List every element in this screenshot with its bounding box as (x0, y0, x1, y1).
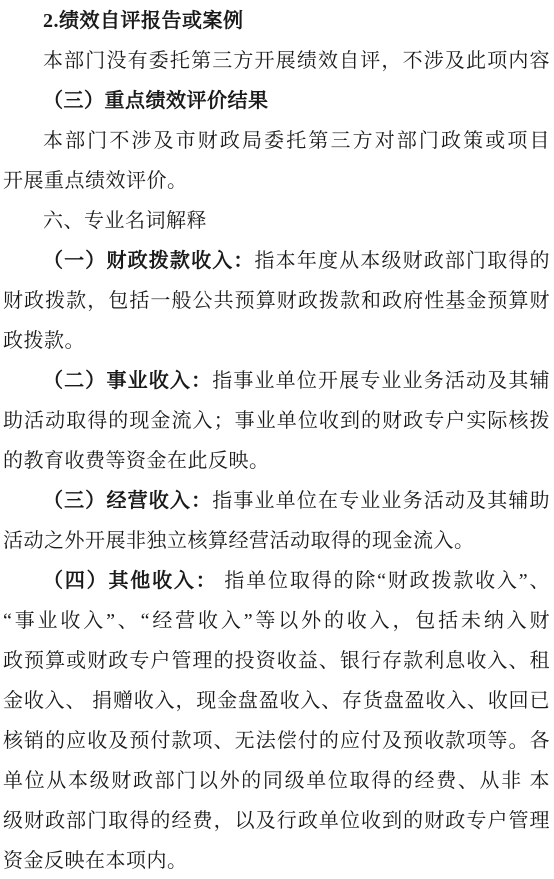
text-run: 指本年度从本级财政部门取得的 (255, 250, 550, 272)
bold-text-run: （二）事业收入： (43, 370, 212, 392)
text-line: 政拨款。 (3, 321, 550, 361)
text-run: 级财政部门取得的经费，以及行政单位收到的财政专户管理 (3, 810, 550, 832)
document-viewport: { "page": { "background_color": "#ffffff… (0, 0, 554, 879)
document-page: 2.绩效自评报告或案例本部门没有委托第三方开展绩效自评，不涉及此项内容（三）重点… (0, 0, 554, 879)
text-line: （四）其他收入： 指单位取得的除“财政拨款收入”、 (3, 561, 550, 601)
bold-text-run: 2.绩效自评报告或案例 (43, 10, 244, 32)
text-line: 核销的应收及预付款项、无法偿付的应付及预收款项等。各 (3, 721, 550, 761)
text-run: 六、专业名词解释 (43, 210, 207, 232)
text-run: 政拨款。 (3, 330, 85, 352)
text-run: 指事业单位开展专业业务活动及其辅 (212, 370, 550, 392)
text-line: 本部门不涉及市财政局委托第三方对部门政策或项目 (3, 121, 550, 161)
text-line: （二）事业收入：指事业单位开展专业业务活动及其辅 (3, 361, 550, 401)
heading-line: 2.绩效自评报告或案例 (3, 1, 550, 41)
text-run: 开展重点绩效评价。 (3, 170, 188, 192)
text-line: 单位从本级财政部门以外的同级单位取得的经费、从非 本 (3, 761, 550, 801)
text-run: 核销的应收及预付款项、无法偿付的应付及预收款项等。各 (3, 730, 550, 752)
text-line: 政预算或财政专户管理的投资收益、银行存款利息收入、租 (3, 641, 550, 681)
text-line: 助活动取得的现金流入；事业单位收到的财政专户实际核拨 (3, 401, 550, 441)
text-line: 本部门没有委托第三方开展绩效自评，不涉及此项内容 (3, 41, 550, 81)
text-run: 财政拨款，包括一般公共预算财政拨款和政府性基金预算财 (3, 290, 550, 312)
text-line: （一）财政拨款收入：指本年度从本级财政部门取得的 (3, 241, 550, 281)
text-line: 开展重点绩效评价。 (3, 161, 550, 201)
text-run: 政预算或财政专户管理的投资收益、银行存款利息收入、租 (3, 650, 550, 672)
text-run: 助活动取得的现金流入；事业单位收到的财政专户实际核拨 (3, 410, 550, 432)
text-run: 的教育收费等资金在此反映。 (3, 450, 270, 472)
text-line: 的教育收费等资金在此反映。 (3, 441, 550, 481)
text-line: “事业收入”、“经营收入”等以外的收入，包括未纳入财 (3, 601, 550, 641)
text-line: 资金反映在本项内。 (3, 841, 550, 879)
text-line: （三）经营收入：指事业单位在专业业务活动及其辅助 (3, 481, 550, 521)
text-run: 单位从本级财政部门以外的同级单位取得的经费、从非 本 (3, 770, 550, 792)
text-run: 活动之外开展非独立核算经营活动取得的现金流入。 (3, 530, 475, 552)
heading-line: （三）重点绩效评价结果 (3, 81, 550, 121)
text-run: 本部门不涉及市财政局委托第三方对部门政策或项目 (43, 130, 550, 152)
text-run: 本部门没有委托第三方开展绩效自评，不涉及此项内容 (43, 50, 550, 72)
text-run: “事业收入”、“经营收入”等以外的收入，包括未纳入财 (3, 610, 550, 632)
text-run: 金收入、 捐赠收入，现金盘盈收入、存货盘盈收入、收回已 (3, 690, 550, 712)
text-run: 资金反映在本项内。 (3, 850, 188, 872)
bold-text-run: （三）经营收入： (43, 490, 212, 512)
text-line: 六、专业名词解释 (3, 201, 550, 241)
text-line: 金收入、 捐赠收入，现金盘盈收入、存货盘盈收入、收回已 (3, 681, 550, 721)
text-line: 级财政部门取得的经费，以及行政单位收到的财政专户管理 (3, 801, 550, 841)
bold-text-run: （一）财政拨款收入： (43, 250, 255, 272)
text-line: 财政拨款，包括一般公共预算财政拨款和政府性基金预算财 (3, 281, 550, 321)
text-line: 活动之外开展非独立核算经营活动取得的现金流入。 (3, 521, 550, 561)
text-run: 指事业单位在专业业务活动及其辅助 (212, 490, 550, 512)
bold-text-run: （四）其他收入： (43, 570, 218, 592)
text-run: 指单位取得的除“财政拨款收入”、 (218, 570, 550, 592)
bold-text-run: （三）重点绩效评价结果 (43, 90, 269, 112)
